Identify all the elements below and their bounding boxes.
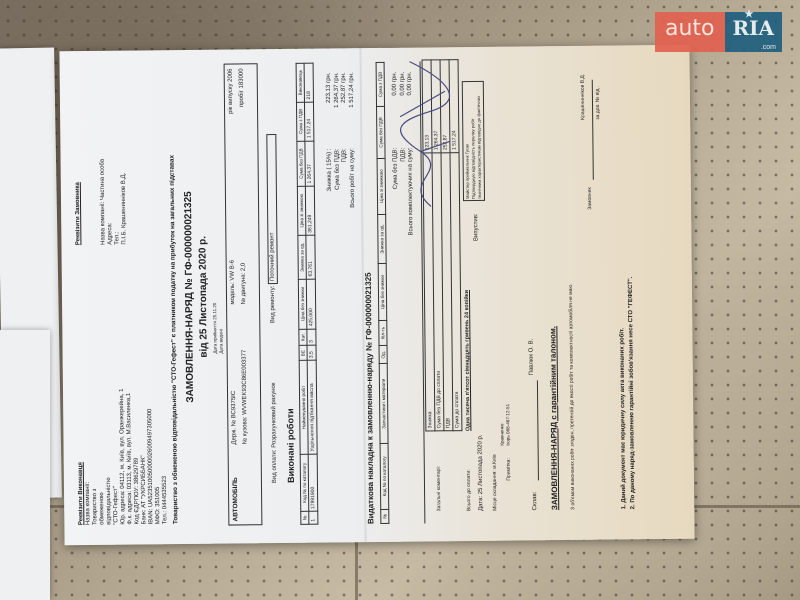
- invoice-column-header: Сума з ПДВ: [376, 62, 384, 106]
- customer-signature-line: [592, 80, 594, 180]
- total-due-label: Всього до оплати:: [466, 469, 472, 511]
- issued-label: Випустив:: [473, 213, 479, 241]
- works-column-header: №: [301, 512, 309, 525]
- works-totals: Знижка ( 15%) :223,13 грн.Сума без ПДВ:1…: [326, 72, 358, 292]
- executor-lines: Назва компанії:Товариство зобмеженоювідп…: [83, 324, 169, 525]
- watermark-domain: .com: [761, 44, 776, 51]
- invoice-column-header: Кіл-ть: [379, 320, 387, 345]
- note-line: Ігорь 068-467-12-51: [505, 404, 511, 446]
- works-total-label: Всього робіт на суму:: [349, 142, 358, 292]
- works-cell: 1: [309, 511, 318, 524]
- car-body-number: № кузова: WVWEK93C86E003377: [242, 350, 249, 445]
- executor-line: Тел.: 0444535523: [160, 324, 169, 524]
- invoice-column-header: Знижка за од.: [378, 214, 387, 264]
- car-label: АВТОМОБІЛЬ: [232, 477, 239, 521]
- customer-sign-name: Крашенинніков В.Д.: [580, 74, 586, 120]
- order-date: від 25 Листопада 2020 р.: [195, 50, 211, 544]
- works-title: Виконані роботи: [285, 408, 296, 483]
- handwritten-signature: [389, 51, 461, 212]
- background-sheet: [0, 330, 50, 600]
- handed-name: Павлюк О. В.: [528, 339, 534, 376]
- works-total: Всього робіт на суму:1 517,24 грн.: [348, 72, 358, 292]
- general-comments: Загальні коментарі:: [436, 466, 442, 511]
- note-label: Примітка:: [506, 458, 512, 481]
- invoice-column-header: Сума без ПДВ: [377, 107, 386, 159]
- payment-label: Вид оплати:: [272, 449, 278, 483]
- customer-lines: Назва компанії: Частина особаАдреса:Тел.…: [99, 65, 129, 245]
- autoria-watermark: auto ★ RIA .com: [655, 12, 782, 52]
- works-column-header: ВЕ: [299, 345, 307, 360]
- invoice-title: Видаткова накладна к замовленню-наряду №…: [364, 272, 376, 524]
- customer-sign-label: Замовник: [587, 187, 593, 209]
- works-cell: 17991900: [308, 454, 318, 512]
- customer-block: Реквізити Замовника Назва компанії: Част…: [74, 65, 129, 246]
- works-cell: 1 264,37: [305, 141, 314, 186]
- acceptance-text: З об'ємом виконаних робіт згоден, претен…: [568, 283, 576, 510]
- date-accepted: Дата прийняття 25.11.20: [212, 303, 218, 354]
- handed-signature-line: [537, 380, 539, 480]
- works-cell: 425,000: [306, 279, 316, 329]
- works-cell: 3,5: [307, 345, 316, 360]
- works-table: №Код № по каталогуНайменування робітВЕКа…: [296, 63, 319, 525]
- works-cell: 63,761: [306, 235, 315, 279]
- company-tax-line: Товариство з обмеженою відповідальністю …: [167, 54, 179, 524]
- payment-type: Вид оплати: Розрахунковий рахунок: [271, 382, 278, 483]
- invoice-column-header: Од.: [379, 346, 387, 364]
- works-column-header: Кат.: [299, 329, 307, 346]
- master-stamp-text: Майстер приймальник ГусакПідтверджую від…: [462, 81, 485, 201]
- works-cell: 361,249: [305, 186, 315, 235]
- car-engine: № двигуна: 2,0: [241, 263, 247, 305]
- works-cell: 218: [304, 63, 313, 102]
- customer-sign-sub: за дов. № від .: [595, 86, 601, 120]
- watermark-ria: ★ RIA .com: [725, 12, 783, 52]
- car-mileage: пробіг 183000: [239, 68, 245, 107]
- invoice-column-header: Запчастини і матеріали: [379, 364, 388, 444]
- invoice-column-header: Код № по каталогу: [380, 444, 389, 509]
- warranty-title: ЗАМОВЛЕННЯ-НАРЯД с гарантійним талоном.: [548, 326, 559, 510]
- works-cell: 3: [307, 329, 316, 346]
- executor-block: Реквізити Виконавця Назва компанії:Товар…: [76, 324, 169, 525]
- payment-value: Розрахунковий рахунок: [271, 382, 278, 447]
- works-cell: 1 517,24: [304, 102, 313, 141]
- total-due-words: Одна тисяча п'ятсот сімнадцять гривень 2…: [464, 290, 471, 431]
- repair-value: Поточний ремонт: [266, 134, 278, 284]
- customer-line: П.І.Б. Крашенинніков В.Д.: [120, 65, 129, 245]
- order-title: ЗАМОВЛЕННЯ-НАРЯД № ГФ-000000021325: [181, 50, 197, 544]
- invoice-column-header: №: [381, 509, 389, 524]
- note-text: КравченкоІгорь 068-467-12-51: [499, 404, 511, 446]
- repair-type: Вид ремонту: Поточний ремонт: [266, 134, 278, 323]
- star-icon: ★: [745, 9, 754, 20]
- work-order-sheet: Реквізити Виконавця Назва компанії:Товар…: [59, 45, 694, 546]
- invoice-table: №Код № по каталогуЗапчастини і матеріали…: [376, 62, 390, 524]
- invoice-column-header: Ціна зі знижкою: [377, 158, 386, 214]
- footnotes: 1. Даний документ має юридичну силу акта…: [618, 277, 638, 510]
- car-model: модель: VW B-6: [230, 260, 236, 305]
- car-year: рік випуску 2006: [228, 68, 234, 113]
- works-total-value: 1 517,24 грн.: [348, 72, 356, 142]
- car-info-box: АВТОМОБІЛЬ Держ. № ВС9375IС № кузова: WV…: [224, 63, 263, 525]
- car-plate: Держ. № ВС9375IС: [231, 391, 238, 445]
- document-date: Дата: 25 Листопада 2020 р.: [477, 435, 484, 511]
- place-line: Місце складання: м.Київ: [492, 454, 499, 511]
- date-issued: Дата видачі: [218, 329, 223, 354]
- stamp-line: технічним характеристикам відповідно до …: [476, 83, 483, 199]
- watermark-auto: auto: [655, 12, 725, 52]
- work-order-document: Реквізити Виконавця Назва компанії:Товар…: [59, 45, 694, 546]
- repair-label: Вид ремонту:: [270, 286, 276, 324]
- footnote: 2. По даному наряд-замовленню гарантійні…: [627, 277, 638, 510]
- handed-label: Склав:: [532, 492, 538, 511]
- works-cell: Ущільнення підтікання масла: [307, 361, 317, 454]
- invoice-column-header: Ціна без знижки: [378, 264, 387, 321]
